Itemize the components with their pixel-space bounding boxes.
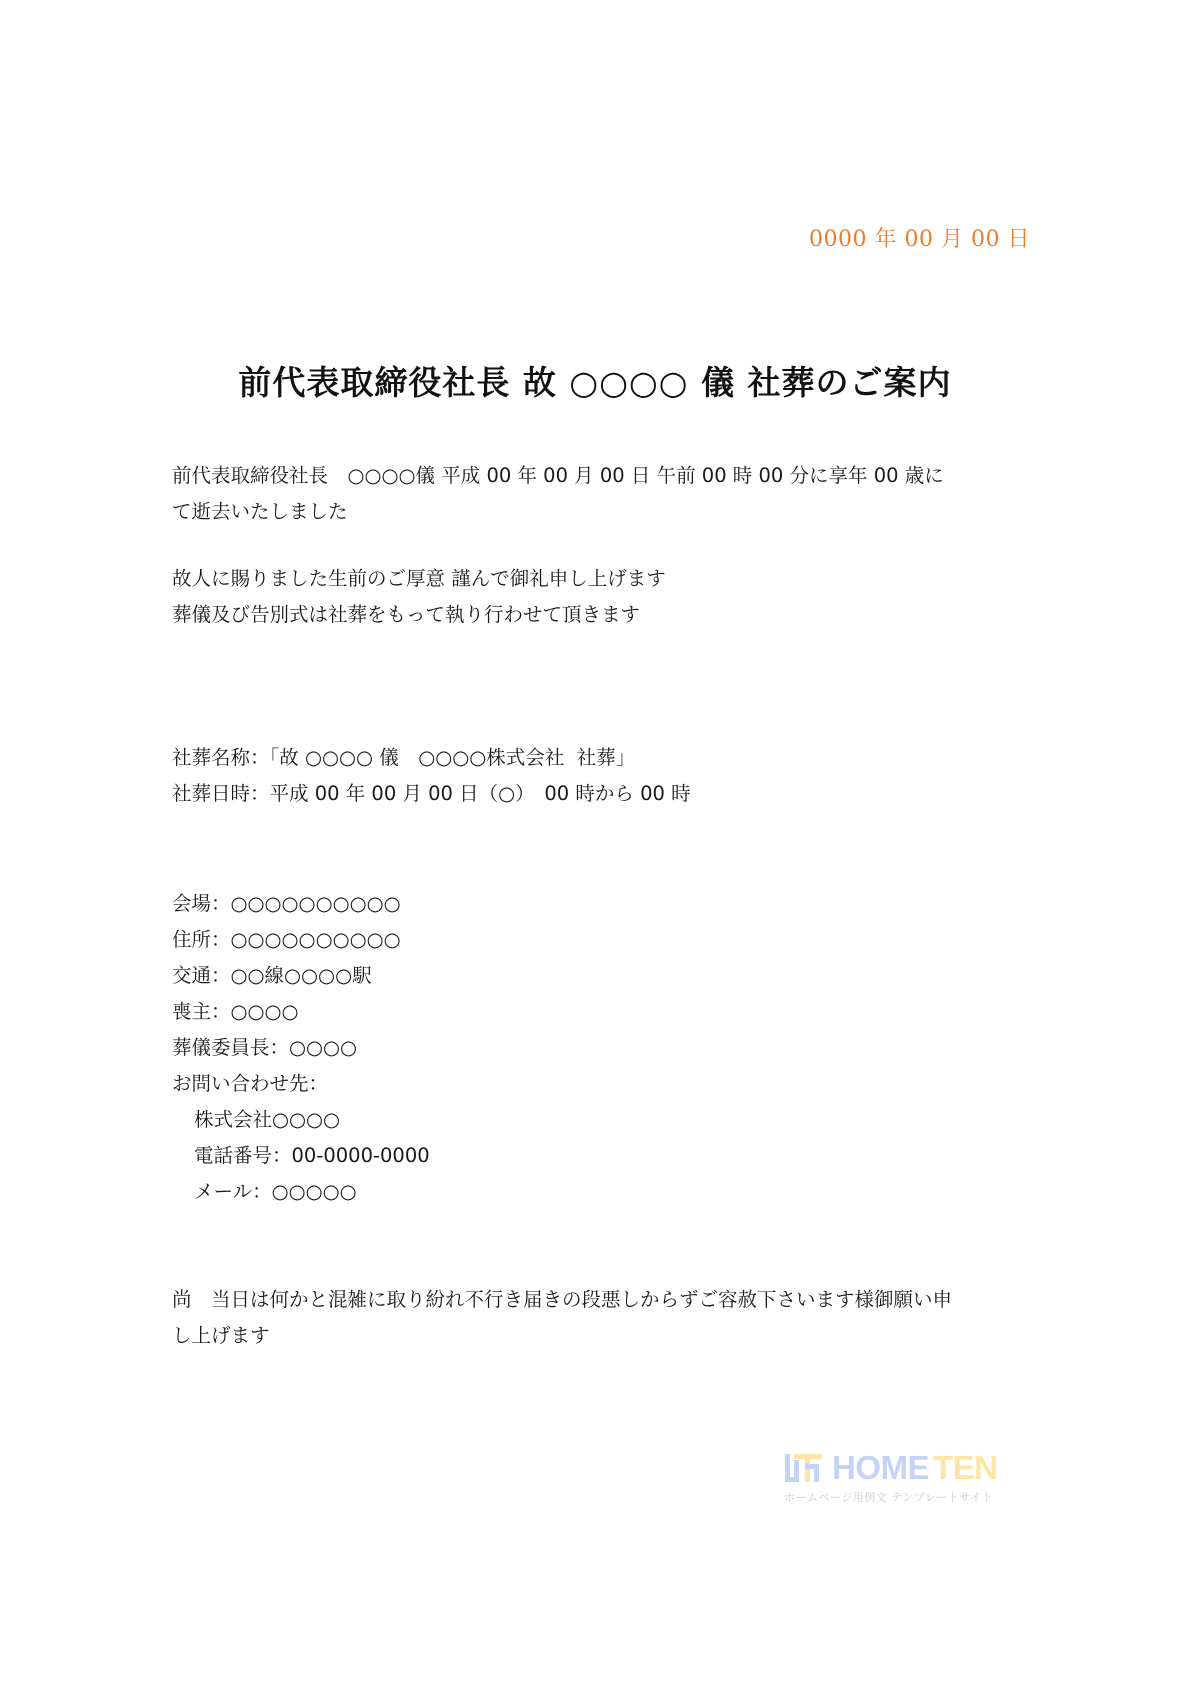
hometen-logo-icon [784,1452,824,1484]
intro-line: て逝去いたしました [172,494,1032,530]
detail-contact-heading: お問い合わせ先： [172,1066,1032,1102]
gratitude-line: 葬儀及び告別式は社葬をもって執り行わせて頂きます [172,597,1032,633]
detail-chief-mourner: 喪主：○○○○ [172,994,1032,1030]
document-title: 前代表取締役社長 故 ○○○○ 儀 社葬のご案内 [0,357,1190,404]
intro-paragraph: 前代表取締役社長 ○○○○儀 平成 00 年 00 月 00 日 午前 00 時… [172,458,1032,530]
contact-phone: 電話番号：00-0000-0000 [172,1138,1032,1174]
brand-ten: TEN [933,1449,998,1487]
gratitude-line: 故人に賜りました生前のご厚意 謹んで御礼申し上げます [172,561,1032,597]
detail-transport: 交通：○○線○○○○駅 [172,958,1032,994]
details-list: 会場：○○○○○○○○○○ 住所：○○○○○○○○○○ 交通：○○線○○○○駅 … [172,886,1032,1210]
contact-email: メール：○○○○○ [172,1174,1032,1210]
gratitude-paragraph: 故人に賜りました生前のご厚意 謹んで御礼申し上げます 葬儀及び告別式は社葬をもっ… [172,561,1032,633]
brand-subtitle: ホームページ用例文 テンプレートサイト [784,1489,1020,1505]
hometen-watermark: HOME TEN ホームページ用例文 テンプレートサイト [784,1450,1020,1505]
ceremony-info: 社葬名称：「故 ○○○○ 儀 ○○○○株式会社 社葬」 社葬日時：平成 00 年… [172,740,1032,812]
detail-address: 住所：○○○○○○○○○○ [172,922,1032,958]
detail-committee-chair: 葬儀委員長：○○○○ [172,1030,1032,1066]
intro-line: 前代表取締役社長 ○○○○儀 平成 00 年 00 月 00 日 午前 00 時… [172,458,1032,494]
ceremony-name: 社葬名称：「故 ○○○○ 儀 ○○○○株式会社 社葬」 [172,740,1032,776]
closing-line: 尚 当日は何かと混雑に取り紛れ不行き届きの段悪しからずご容赦下さいます様御願い申 [172,1282,1032,1318]
closing-line: し上げます [172,1318,1032,1354]
brand-home: HOME [832,1449,929,1487]
detail-venue: 会場：○○○○○○○○○○ [172,886,1032,922]
contact-company: 株式会社○○○○ [172,1102,1032,1138]
document-date: 0000 年 00 月 00 日 [809,222,1030,253]
ceremony-datetime: 社葬日時：平成 00 年 00 月 00 日（○） 00 時から 00 時 [172,776,1032,812]
closing-paragraph: 尚 当日は何かと混雑に取り紛れ不行き届きの段悪しからずご容赦下さいます様御願い申… [172,1282,1032,1354]
